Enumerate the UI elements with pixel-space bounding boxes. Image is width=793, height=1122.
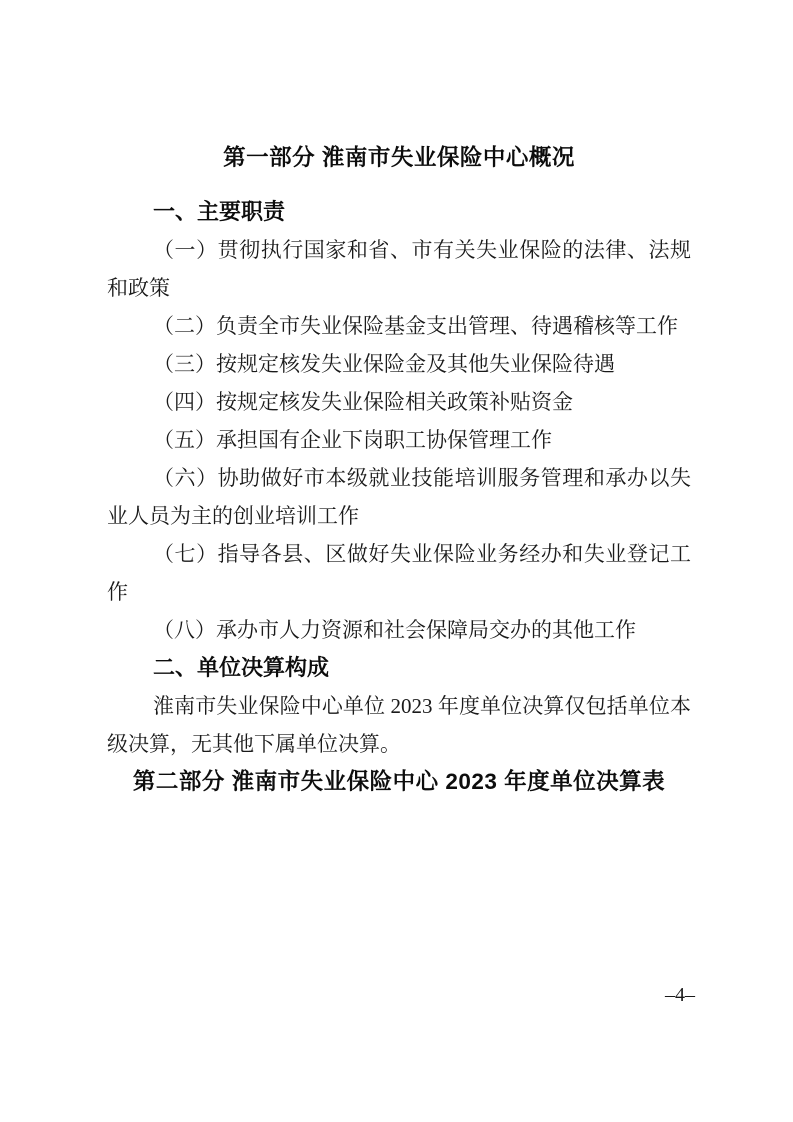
- duty-item-1: （一）贯彻执行国家和省、市有关失业保险的法律、法规和政策: [107, 231, 691, 307]
- budget-composition-paragraph: 淮南市失业保险中心单位 2023 年度单位决算仅包括单位本级决算，无其他下属单位…: [107, 687, 691, 763]
- part2-title: 第二部分 淮南市失业保险中心 2023 年度单位决算表: [107, 763, 691, 801]
- duty-item-6: （六）协助做好市本级就业技能培训服务管理和承办以失业人员为主的创业培训工作: [107, 459, 691, 535]
- duty-item-7: （七）指导各县、区做好失业保险业务经办和失业登记工作: [107, 535, 691, 611]
- duty-item-4: （四）按规定核发失业保险相关政策补贴资金: [107, 383, 691, 421]
- duty-item-8: （八）承办市人力资源和社会保障局交办的其他工作: [107, 611, 691, 649]
- part1-title: 第一部分 淮南市失业保险中心概况: [107, 139, 691, 177]
- section2-heading: 二、单位决算构成: [107, 649, 691, 687]
- duty-item-3: （三）按规定核发失业保险金及其他失业保险待遇: [107, 345, 691, 383]
- section1-heading: 一、主要职责: [107, 193, 691, 231]
- page-number: –4–: [665, 984, 695, 1007]
- duty-item-5: （五）承担国有企业下岗职工协保管理工作: [107, 421, 691, 459]
- document-page: 第一部分 淮南市失业保险中心概况 一、主要职责 （一）贯彻执行国家和省、市有关失…: [0, 0, 793, 1122]
- document-content: 第一部分 淮南市失业保险中心概况 一、主要职责 （一）贯彻执行国家和省、市有关失…: [107, 0, 691, 801]
- duty-item-2: （二）负责全市失业保险基金支出管理、待遇稽核等工作: [107, 307, 691, 345]
